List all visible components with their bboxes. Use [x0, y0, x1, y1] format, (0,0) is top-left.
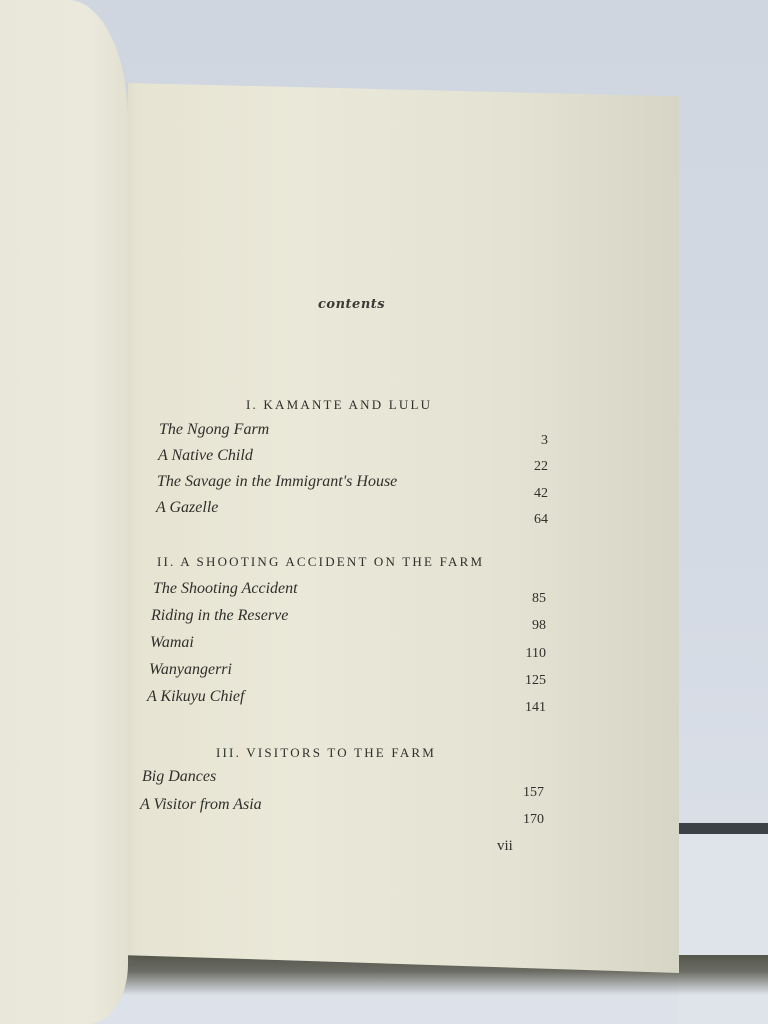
toc-entry-page: 3 [498, 433, 548, 449]
part-heading-2: II. A SHOOTING ACCIDENT ON THE FARM [157, 554, 484, 570]
toc-entry-title: Big Dances [142, 768, 216, 786]
table-of-contents: contents I. KAMANTE AND LULU The Ngong F… [0, 0, 768, 1024]
toc-entry-title: Wanyangerri [149, 661, 232, 679]
page-number: vii [497, 838, 513, 855]
toc-entry-page: 170 [494, 812, 544, 828]
toc-entry-page: 42 [498, 486, 548, 502]
page-title: contents [318, 297, 385, 312]
toc-entry-page: 110 [496, 646, 546, 662]
toc-entry-title: A Native Child [158, 447, 253, 465]
part-heading-1: I. KAMANTE AND LULU [246, 397, 432, 413]
toc-entry-title: A Kikuyu Chief [147, 688, 244, 706]
toc-entry-title: The Ngong Farm [159, 421, 269, 439]
toc-entry-page: 157 [494, 785, 544, 801]
toc-entry-title: A Gazelle [156, 499, 218, 517]
part-heading-3: III. VISITORS TO THE FARM [216, 745, 436, 761]
toc-entry-page: 125 [496, 673, 546, 689]
toc-entry-page: 141 [496, 700, 546, 716]
toc-entry-title: The Savage in the Immigrant's House [157, 473, 397, 491]
toc-entry-page: 64 [498, 512, 548, 528]
toc-entry-title: A Visitor from Asia [140, 796, 262, 814]
toc-entry-page: 22 [498, 459, 548, 475]
toc-entry-title: The Shooting Accident [153, 580, 298, 598]
toc-entry-title: Riding in the Reserve [151, 607, 288, 625]
toc-entry-title: Wamai [150, 634, 194, 652]
toc-entry-page: 85 [496, 591, 546, 607]
toc-entry-page: 98 [496, 618, 546, 634]
